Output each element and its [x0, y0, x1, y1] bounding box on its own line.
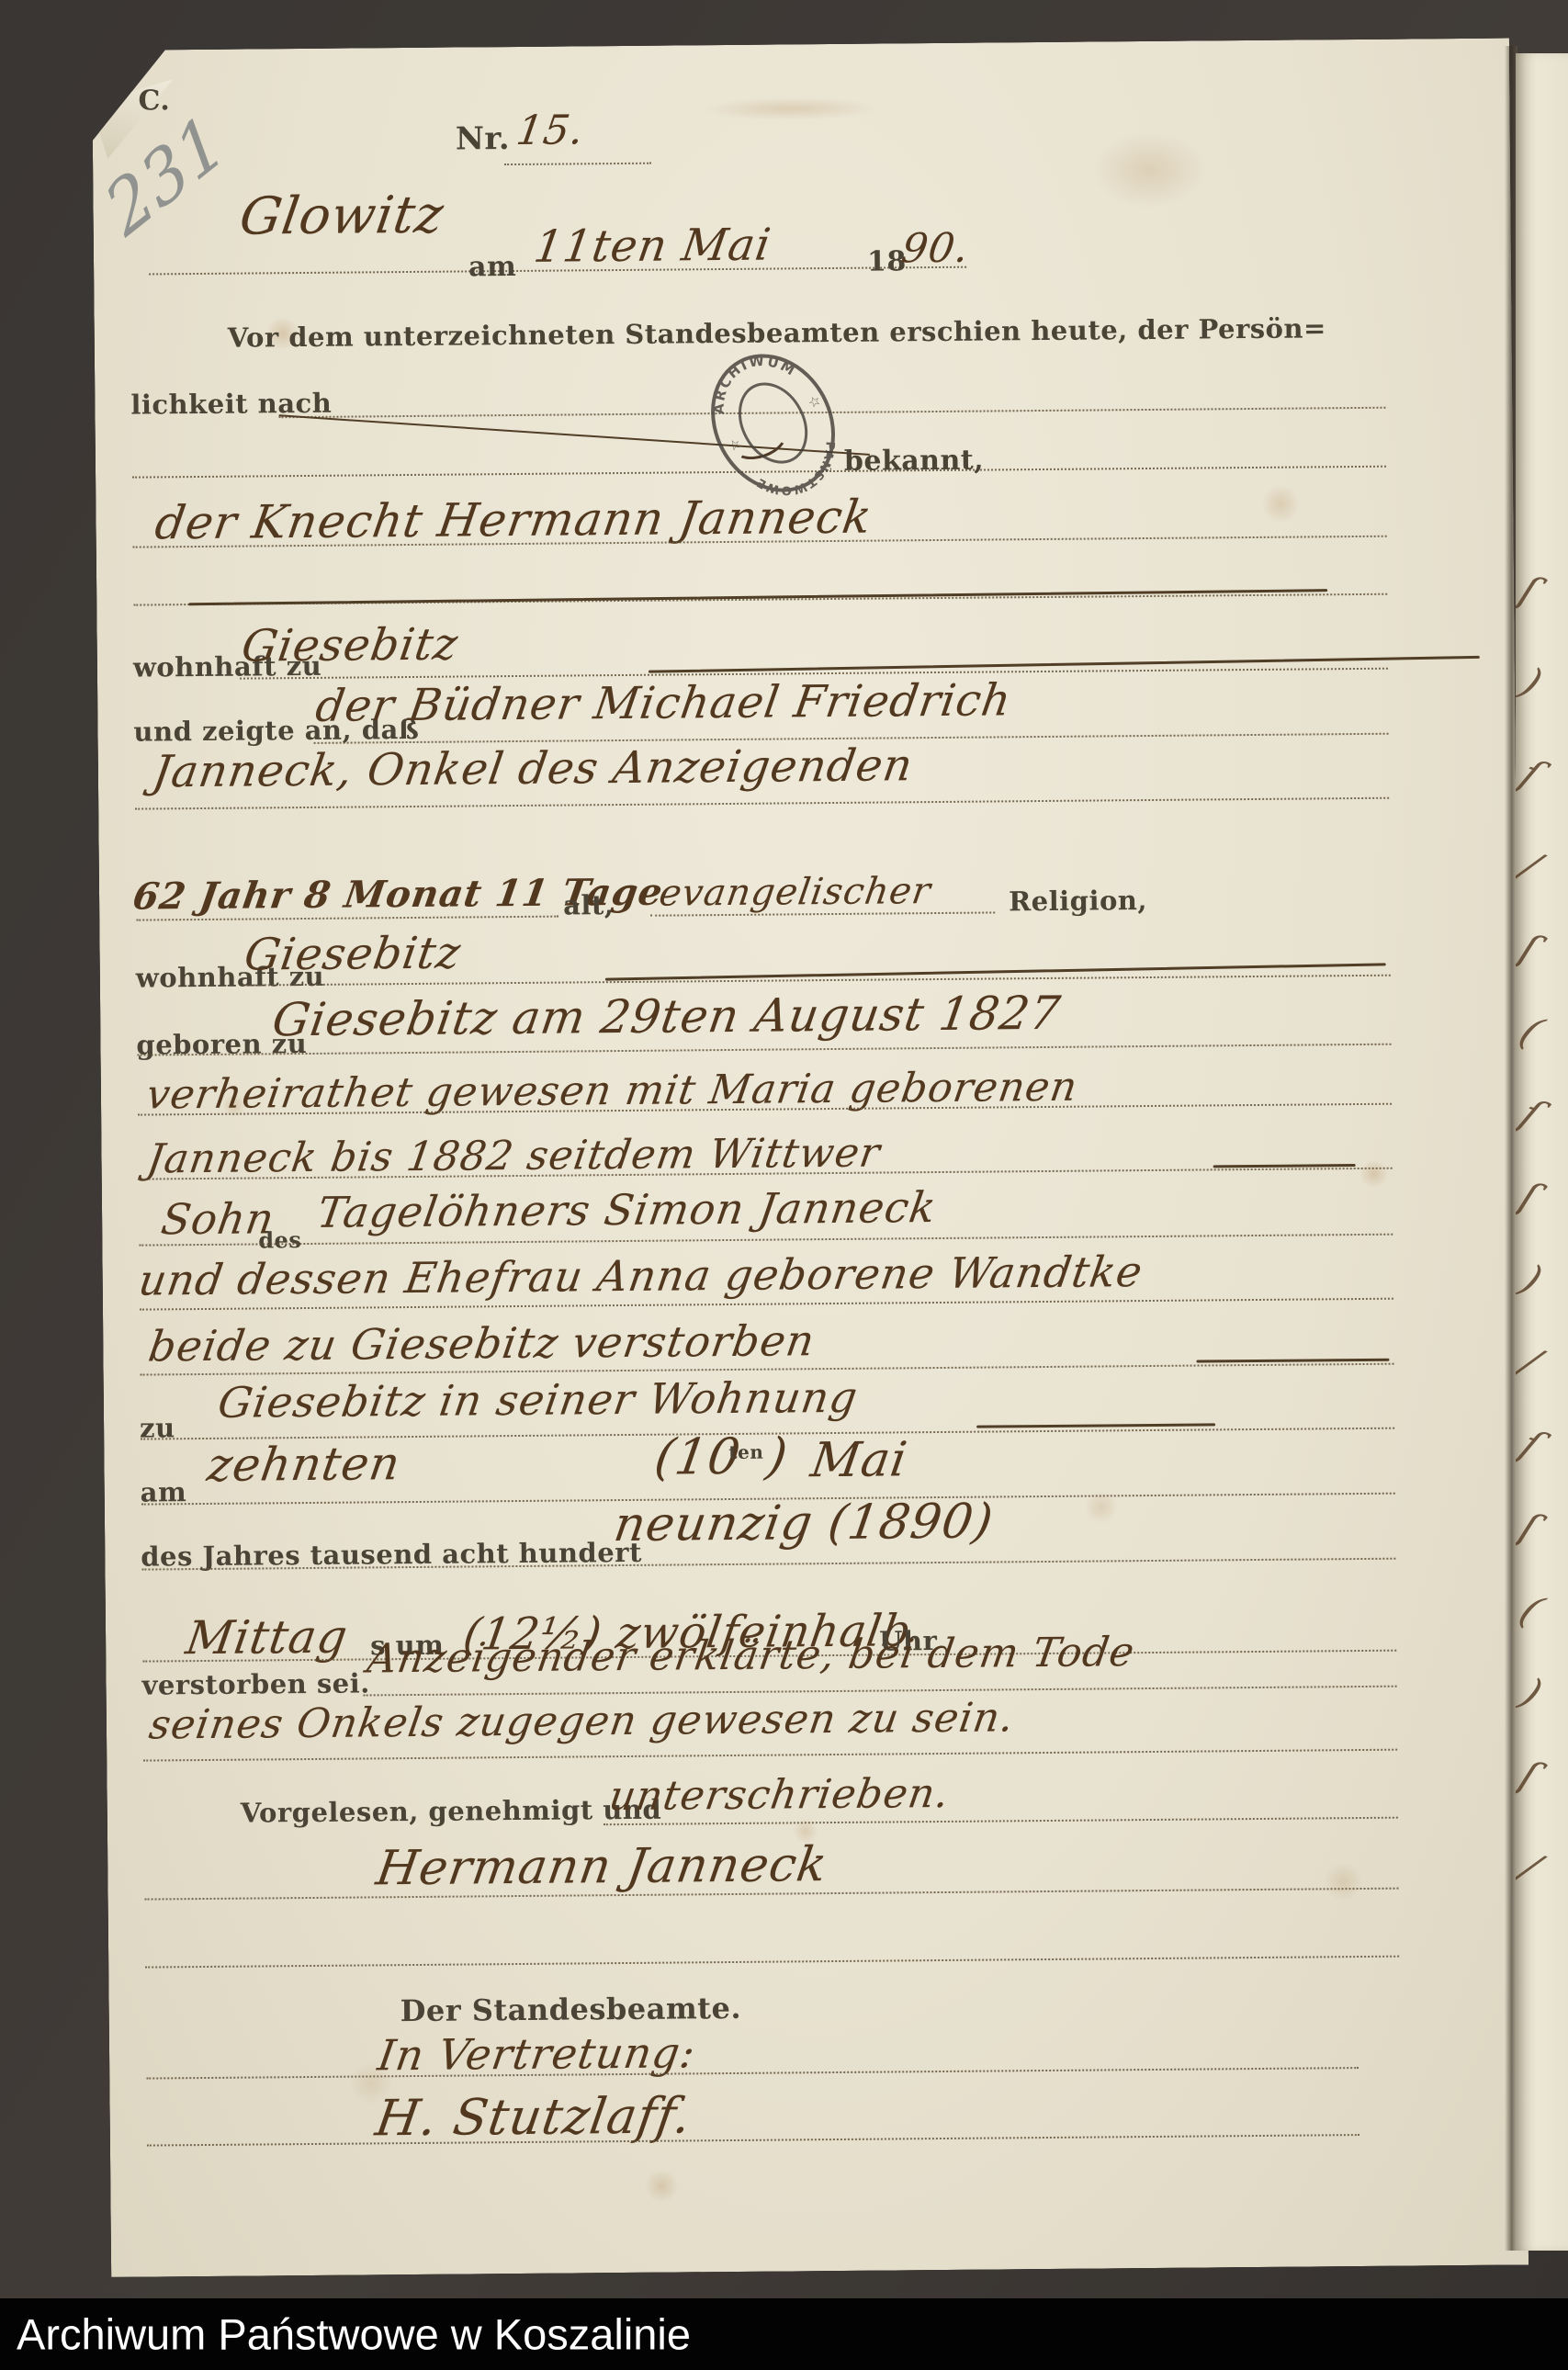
deceased-line-2: Janneck, Onkel des Anzeigenden	[150, 739, 917, 797]
adjacent-page-writing: ʃ	[1516, 569, 1546, 614]
form-rule	[504, 163, 651, 165]
religion-label: Religion,	[1009, 885, 1147, 917]
adjacent-page-writing: (	[1516, 1587, 1551, 1633]
adjacent-page-writing: ʃ	[1516, 1754, 1546, 1799]
corner-mark: C.	[138, 85, 170, 117]
adjacent-page-writing: ʃ	[1516, 1175, 1546, 1220]
adjacent-page-writing: )	[1516, 660, 1551, 705]
adjacent-page-writing: ſ	[1516, 1091, 1550, 1137]
place-value: Glowitz	[236, 186, 448, 247]
residence-value: Giesebitz	[238, 619, 461, 672]
stamp-word-top: ARCHIWUM	[694, 334, 804, 421]
attestation-label: Vorgelesen, genehmigt und	[241, 1794, 662, 1829]
adjacent-page-writing: /	[1516, 1845, 1549, 1891]
closing-label: verstorben sei.	[141, 1667, 370, 1700]
time-prefix-script: Mittag	[183, 1610, 352, 1665]
death-day-close: )	[763, 1427, 793, 1484]
parents-status-line: beide zu Giesebitz verstorben	[145, 1315, 818, 1371]
ink-stroke	[1196, 1359, 1389, 1363]
adjacent-page-writing: ʃ	[1516, 1506, 1546, 1551]
attestation-value: unterschrieben.	[606, 1770, 953, 1820]
son-of-label: des	[258, 1226, 301, 1253]
watermark-label: Archiwum Państwowe w Koszalinie	[17, 2309, 691, 2360]
form-rule	[146, 2067, 1359, 2080]
birth-value: Giesebitz am 29ten August 1827	[269, 987, 1065, 1047]
record-number-label: Nr.	[456, 120, 511, 158]
father-line: Tagelöhners Simon Janneck	[314, 1182, 940, 1237]
adjacent-page-writing: (	[1516, 1009, 1551, 1055]
document-page: C. 231 Nr. 15. Glowitz am 11ten Mai 18 9…	[92, 39, 1529, 2277]
adjacent-page: ʃ ) ſ / ʃ ( ſ ʃ ) / ſ ʃ ( ) ʃ /	[1516, 53, 1568, 2251]
adjacent-page-writing: )	[1516, 1257, 1551, 1303]
ink-stroke	[188, 589, 1327, 605]
deceased-line-1: der Büdner Michael Friedrich	[312, 674, 1015, 732]
adjacent-page-writing: )	[1516, 1670, 1551, 1716]
adjacent-page-writing: /	[1516, 844, 1549, 890]
year-line-value: neunzig (1890)	[611, 1494, 998, 1552]
ink-stroke	[976, 1423, 1215, 1428]
religion-value: evangelischer	[657, 870, 934, 915]
form-rule	[143, 1749, 1397, 1762]
svg-text:ARCHIWUM: ARCHIWUM	[694, 334, 804, 421]
age-label: alt,	[563, 889, 615, 920]
adjacent-page-writing: ſ	[1516, 1422, 1550, 1468]
death-month: Mai	[807, 1432, 911, 1488]
residence2-value: Giesebitz	[241, 927, 464, 980]
closing-value-1: Anzeigender erklärte, bei dem Tode	[364, 1629, 1137, 1682]
death-place-value: Giesebitz in seiner Wohnung	[215, 1372, 862, 1428]
form-rule	[135, 797, 1389, 810]
stamp-star-left-icon: ☆	[725, 434, 743, 455]
adjacent-page-writing: /	[1516, 1340, 1549, 1386]
form-rule	[145, 1956, 1399, 1969]
mother-line: und dessen Ehefrau Anna geborene Wandtke	[136, 1247, 1146, 1305]
registrar-title: Der Standesbeamte.	[400, 1991, 741, 2028]
year-written: 90.	[898, 225, 973, 273]
death-day-suffix: ten	[728, 1441, 763, 1463]
registrar-signature: H. Stutzlaff.	[372, 2086, 695, 2147]
signature-declarant: Hermann Janneck	[373, 1837, 831, 1896]
form-rule	[147, 2134, 1359, 2147]
closing-value-2: seines Onkels zugegen gewesen zu sein.	[146, 1694, 1018, 1748]
date-label: am	[468, 251, 516, 283]
watermark-bar: Archiwum Państwowe w Koszalinie	[0, 2298, 1568, 2370]
date-value: 11ten Mai	[531, 220, 774, 273]
record-number-value: 15.	[513, 107, 588, 154]
adjacent-page-writing: ſ	[1516, 751, 1550, 797]
adjacent-page-writing: ʃ	[1516, 927, 1546, 972]
scan-background: C. 231 Nr. 15. Glowitz am 11ten Mai 18 9…	[0, 0, 1568, 2370]
death-day-value: zehnten	[204, 1437, 404, 1492]
